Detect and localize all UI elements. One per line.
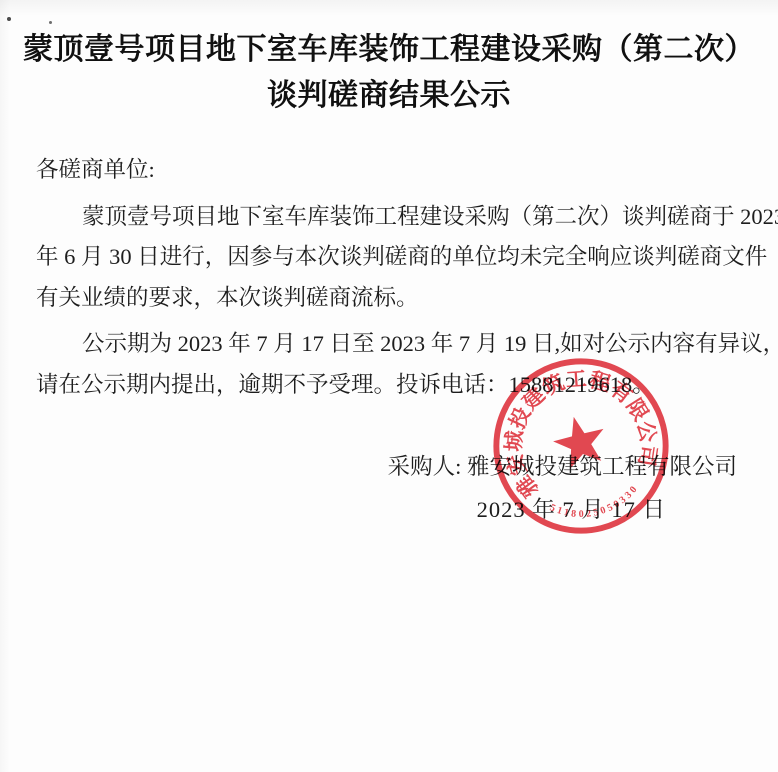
seal-star-icon	[549, 411, 611, 471]
company-seal: 雅安城投建筑工程有限公司 5118025050330	[490, 355, 672, 537]
scanned-notice-page: 蒙顶壹号项目地下室车库装饰工程建设采购（第二次） 谈判磋商结果公示 各磋商单位:…	[0, 0, 778, 772]
title-line-1: 蒙顶壹号项目地下室车库装饰工程建设采购（第二次）	[0, 27, 778, 73]
paragraph-1-line-3: 有关业绩的要求，本次谈判磋商流标。	[36, 278, 742, 319]
seal-code-text: 5118025050330	[546, 481, 645, 530]
svg-text:5118025050330: 5118025050330	[546, 481, 645, 530]
salutation: 各磋商单位:	[36, 150, 742, 191]
scan-speckle	[49, 21, 52, 24]
title-line-2: 谈判磋商结果公示	[0, 73, 778, 119]
document-title: 蒙顶壹号项目地下室车库装饰工程建设采购（第二次） 谈判磋商结果公示	[0, 27, 778, 119]
scan-speckle	[7, 17, 11, 21]
paragraph-1-line-2: 年 6 月 30 日进行，因参与本次谈判磋商的单位均未完全响应谈判磋商文件	[36, 237, 742, 278]
paragraph-1-line-1: 蒙顶壹号项目地下室车库装饰工程建设采购（第二次）谈判磋商于 2023	[36, 197, 742, 238]
paragraph-1: 蒙顶壹号项目地下室车库装饰工程建设采购（第二次）谈判磋商于 2023 年 6 月…	[36, 197, 742, 319]
